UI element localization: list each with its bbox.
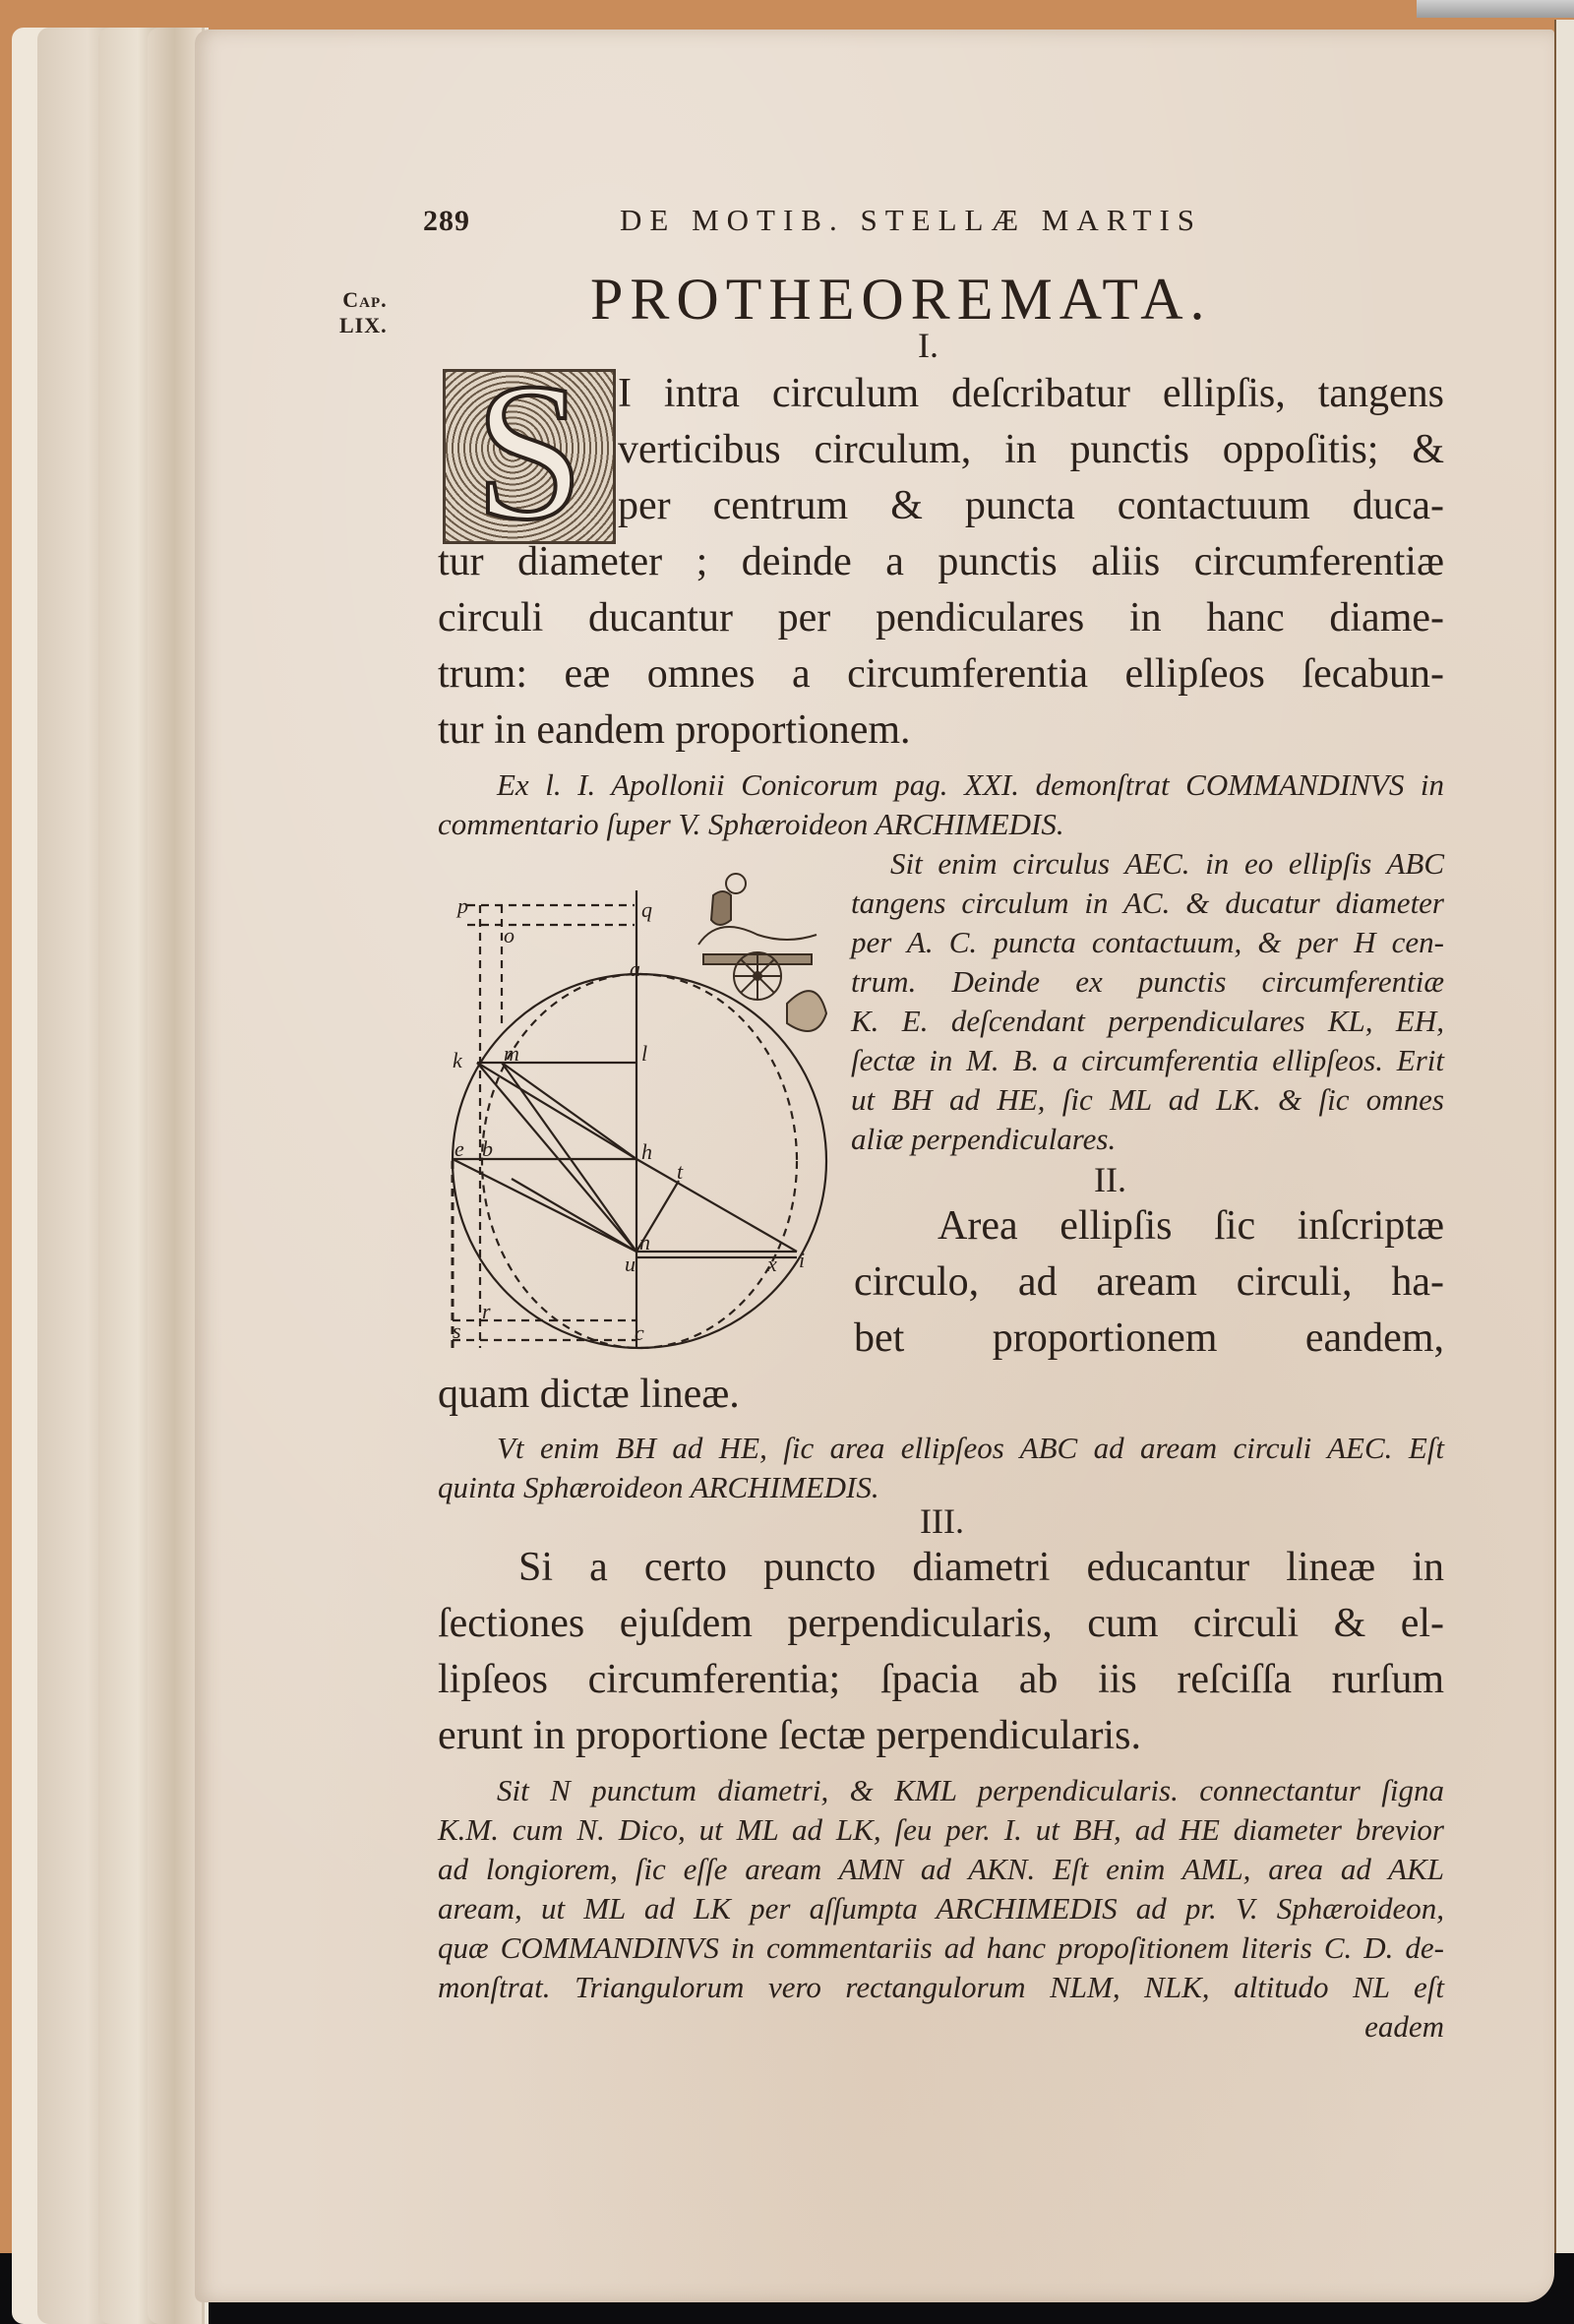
page-header: 289 DE MOTIB. STELLÆ MARTIS xyxy=(423,203,1446,242)
chariot-woodcut xyxy=(698,874,826,1031)
label-r: r xyxy=(482,1299,491,1323)
label-b: b xyxy=(482,1136,493,1161)
theorem-1-commentary: Ex l. I. Apollonii Conicorum pag. XXI. d… xyxy=(438,765,1444,844)
commentary-line: monſtrat. Triangulorum vero rectanguloru… xyxy=(438,1968,1444,2007)
proof-line: K. E. deſcendant perpendiculares KL, EH, xyxy=(851,1002,1444,1041)
theorem-numeral-3: III. xyxy=(920,1500,964,1542)
commentary-line: aream, ut ML ad LK per aſſumpta ARCHIMED… xyxy=(438,1889,1444,1928)
geometric-diagram: p q o a k m l h e b t n u i x r s c xyxy=(433,866,856,1353)
theorem-1-text-dropcap: I intra circulum deſcribatur ellipſis, t… xyxy=(618,366,1444,534)
section-title: PROTHEOREMATA. xyxy=(590,266,1212,334)
facing-page-edge xyxy=(1554,20,1574,2253)
commentary-line: quæ COMMANDINVS in commentariis ad hanc … xyxy=(438,1928,1444,1968)
theorem-3-commentary: Sit N punctum diametri, & KML perpendicu… xyxy=(438,1771,1444,2047)
text-line: circulo, ad aream circuli, ha- xyxy=(854,1254,1444,1311)
binding-foil xyxy=(1417,0,1574,18)
text-line: ſectiones ejuſdem perpendicularis, cum c… xyxy=(438,1596,1444,1652)
commentary-line: ad longiorem, ſic eſſe aream AMN ad AKN.… xyxy=(438,1850,1444,1889)
margin-note: Cap. LIX. xyxy=(339,287,388,338)
catchword: eadem xyxy=(438,2007,1444,2047)
label-a: a xyxy=(630,956,640,981)
theorem-numeral-2: II. xyxy=(1094,1159,1126,1200)
proof-line: ſectæ in M. B. a circumferentia ellipſeo… xyxy=(851,1041,1444,1080)
commentary-line: Ex l. I. Apollonii Conicorum pag. XXI. d… xyxy=(438,765,1444,805)
page-number: 289 xyxy=(423,205,470,238)
text-line: tur in eandem proportionem. xyxy=(438,703,1444,759)
label-u: u xyxy=(625,1252,636,1276)
theorem-2-text: Area ellipſis ſic inſcriptæ circulo, ad … xyxy=(854,1198,1444,1367)
text-line: Area ellipſis ſic inſcriptæ xyxy=(854,1198,1444,1254)
text-line: per centrum & puncta contactuum duca- xyxy=(618,478,1444,534)
label-l: l xyxy=(641,1041,647,1066)
theorem-numeral-1: I. xyxy=(918,325,938,366)
text-line: bet proportionem eandem, xyxy=(854,1311,1444,1367)
page-stack-edge xyxy=(148,28,202,2324)
circle-ellipse-figure: p q o a k m l h e b t n u i x r s c xyxy=(433,866,856,1353)
theorem-1-text: tur diameter ; deinde a punctis aliis ci… xyxy=(438,534,1444,759)
text-line: Si a certo puncto diametri educantur lin… xyxy=(438,1540,1444,1596)
commentary-line: Sit N punctum diametri, & KML perpendicu… xyxy=(438,1771,1444,1810)
text-line: circuli ducantur per pendiculares in han… xyxy=(438,590,1444,646)
label-s: s xyxy=(453,1318,461,1343)
proof-line: Sit enim circulus AEC. in eo ellipſis AB… xyxy=(851,844,1444,884)
label-o: o xyxy=(504,923,515,948)
label-m: m xyxy=(504,1041,519,1066)
commentary-line: K.M. cum N. Dico, ut ML ad LK, ſeu per. … xyxy=(438,1810,1444,1850)
text-line: verticibus circulum, in punctis oppoſiti… xyxy=(618,422,1444,478)
proof-line: trum. Deinde ex punctis circumferentiæ xyxy=(851,962,1444,1002)
label-t: t xyxy=(677,1159,684,1184)
commentary-line: Vt enim BH ad HE, ſic area ellipſeos ABC… xyxy=(438,1429,1444,1468)
proof-line: per A. C. puncta contactuum, & per H cen… xyxy=(851,923,1444,962)
label-e: e xyxy=(454,1136,464,1161)
label-h: h xyxy=(641,1139,652,1164)
text-line: tur diameter ; deinde a punctis aliis ci… xyxy=(438,534,1444,590)
theorem-1-proof: Sit enim circulus AEC. in eo ellipſis AB… xyxy=(851,844,1444,1159)
proof-line: aliæ perpendiculares. xyxy=(851,1120,1444,1159)
label-x: x xyxy=(766,1252,777,1276)
text-line: trum: eæ omnes a circumferentia ellipſeo… xyxy=(438,646,1444,703)
theorem-2-commentary: Vt enim BH ad HE, ſic area ellipſeos ABC… xyxy=(438,1429,1444,1507)
margin-note-chapter: Cap. xyxy=(339,287,388,313)
drop-cap-letter: S xyxy=(446,354,613,551)
text-line: I intra circulum deſcribatur ellipſis, t… xyxy=(618,366,1444,422)
label-i: i xyxy=(799,1248,805,1272)
text-line: quam dictæ lineæ. xyxy=(438,1367,1444,1423)
text-line: erunt in proportione ſectæ perpendicular… xyxy=(438,1708,1444,1764)
label-k: k xyxy=(453,1048,463,1072)
theorem-2-text-end: quam dictæ lineæ. xyxy=(438,1367,1444,1423)
proof-line: tangens circulum in AC. & ducatur diamet… xyxy=(851,884,1444,923)
drop-cap-ornament: S xyxy=(443,369,616,544)
text-line: lipſeos circumferentia; ſpacia ab iis re… xyxy=(438,1652,1444,1708)
theorem-3-text: Si a certo puncto diametri educantur lin… xyxy=(438,1540,1444,1764)
proof-line: ut BH ad HE, ſic ML ad LK. & ſic omnes xyxy=(851,1080,1444,1120)
commentary-line: commentario ſuper V. Sphæroideon ARCHIME… xyxy=(438,805,1444,844)
label-p: p xyxy=(455,893,468,918)
label-c: c xyxy=(635,1320,644,1345)
label-n: n xyxy=(639,1230,650,1254)
running-head: DE MOTIB. STELLÆ MARTIS xyxy=(620,203,1202,238)
label-q: q xyxy=(641,897,652,922)
margin-note-number: LIX. xyxy=(339,313,388,338)
